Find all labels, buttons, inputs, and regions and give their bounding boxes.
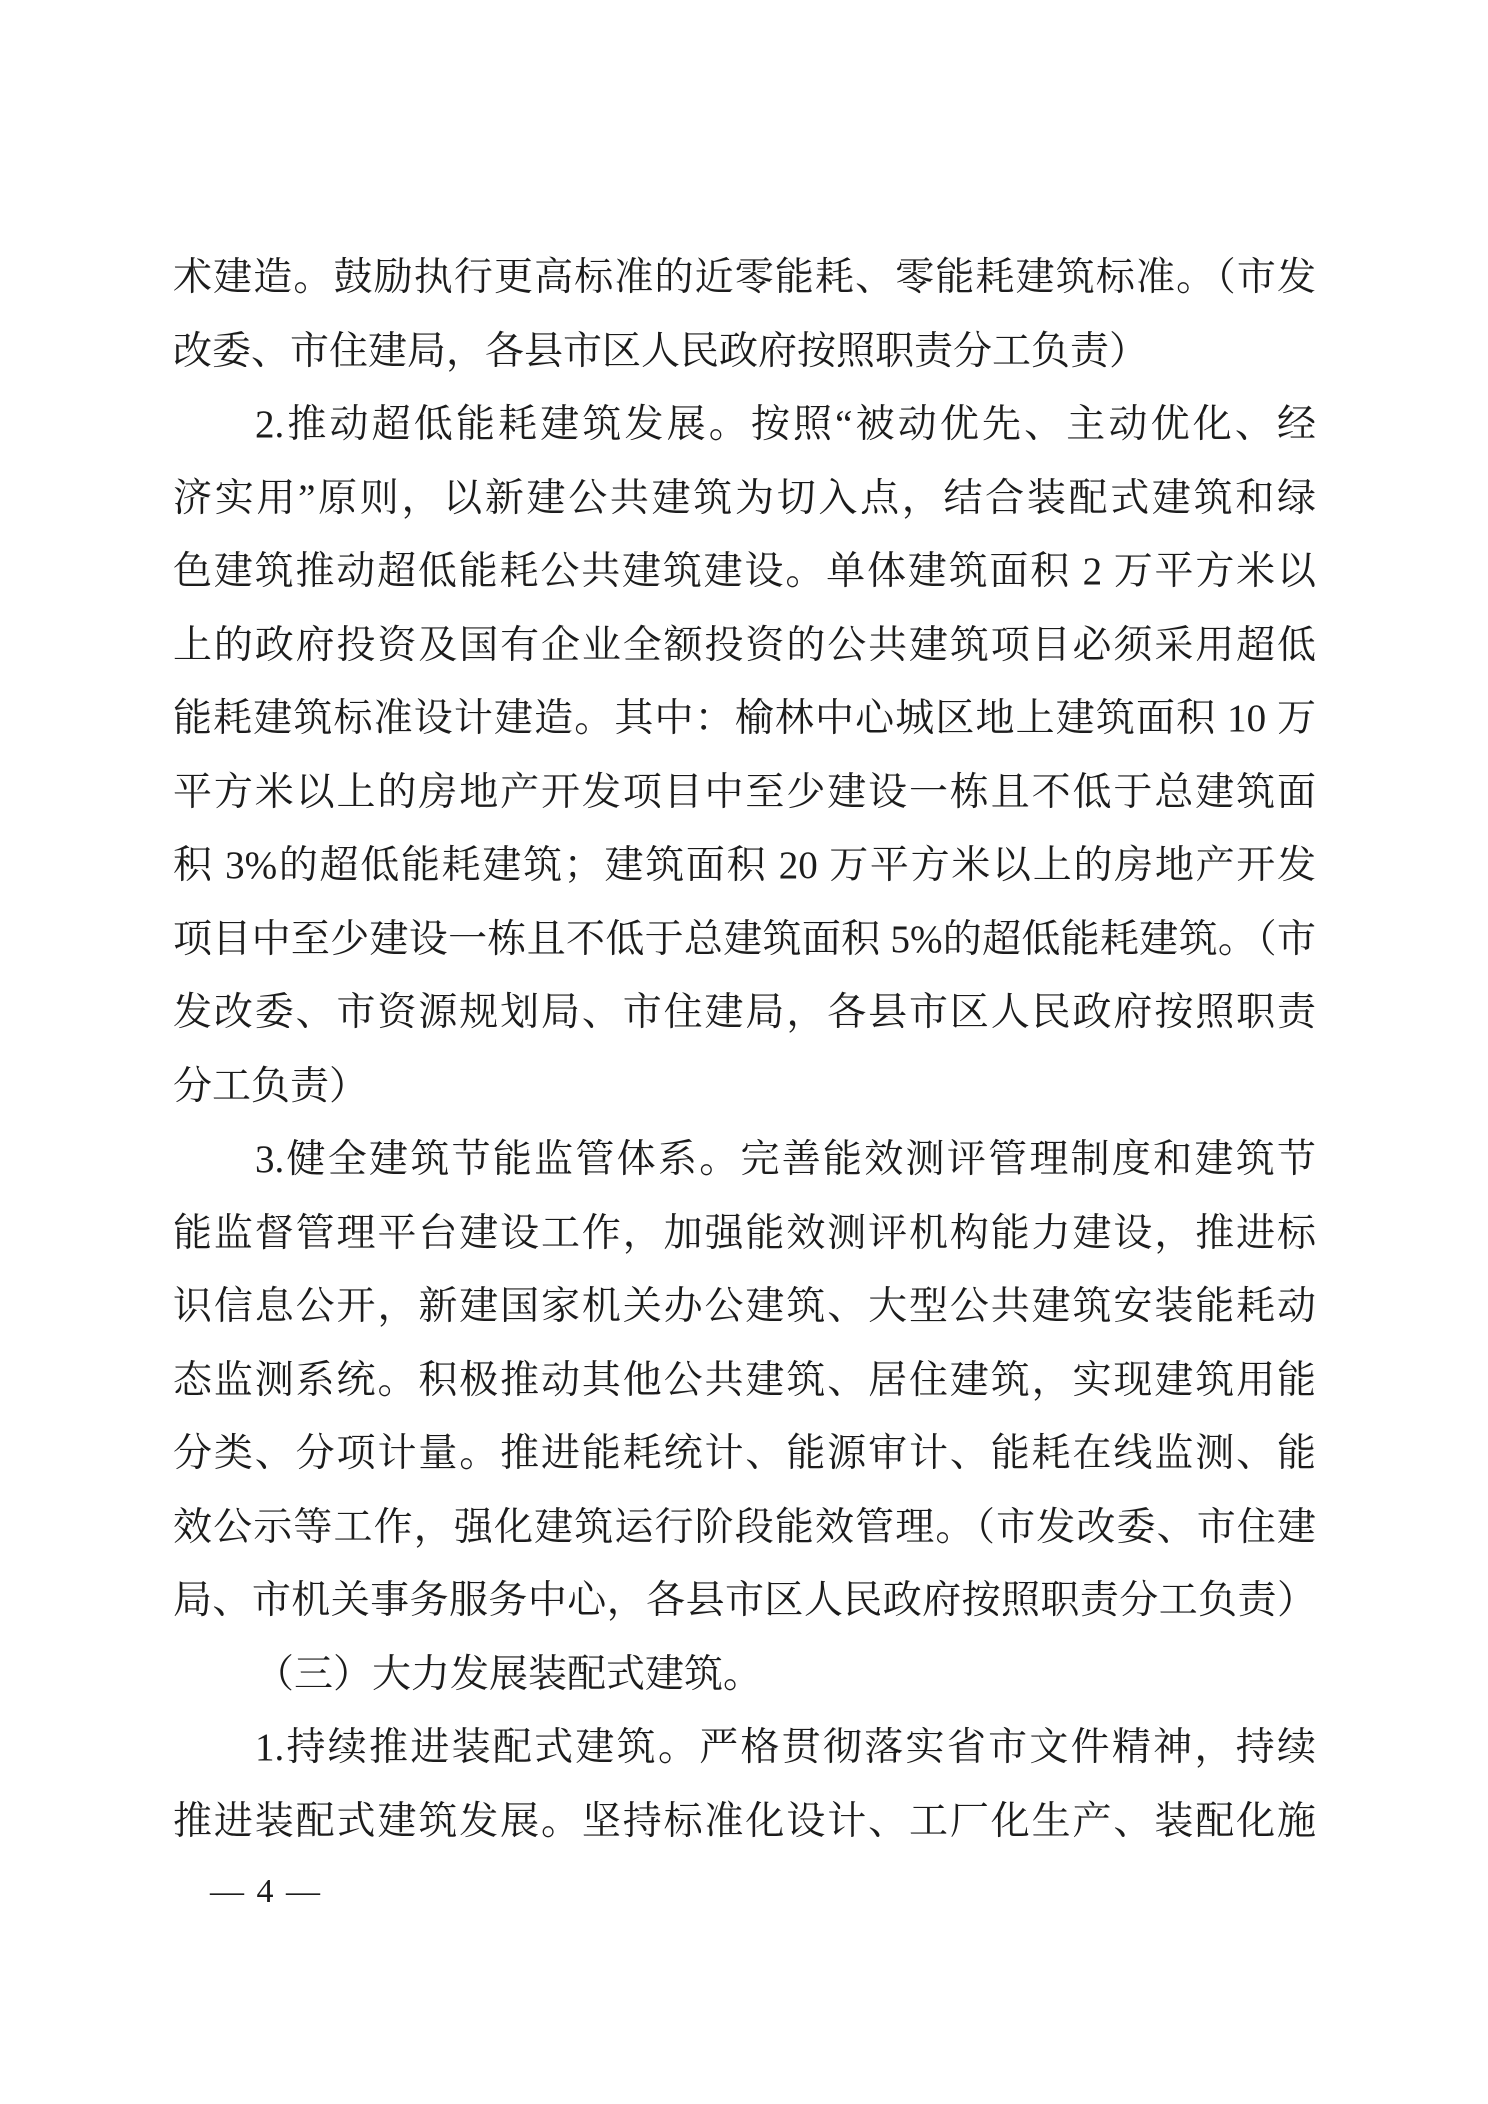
text-line: 2.推动超低能耗建筑发展。按照“被动优先、主动优化、经 (173, 388, 1316, 462)
text-line: 术建造。鼓励执行更高标准的近零能耗、零能耗建筑标准。（市发 (173, 241, 1316, 315)
text-line: 平方米以上的房地产开发项目中至少建设一栋且不低于总建筑面 (173, 756, 1316, 830)
text-line: 态监测系统。积极推动其他公共建筑、居住建筑，实现建筑用能 (173, 1344, 1316, 1418)
text-line: 1.持续推进装配式建筑。严格贯彻落实省市文件精神，持续 (173, 1711, 1316, 1785)
text-line: 效公示等工作，强化建筑运行阶段能效管理。（市发改委、市住建 (173, 1491, 1316, 1565)
text-line: 3.健全建筑节能监管体系。完善能效测评管理制度和建筑节 (173, 1123, 1316, 1197)
text-line: 项目中至少建设一栋且不低于总建筑面积 5%的超低能耗建筑。（市 (173, 903, 1316, 977)
document-body-text: 术建造。鼓励执行更高标准的近零能耗、零能耗建筑标准。（市发 改委、市住建局，各县… (173, 241, 1316, 1858)
text-line: 改委、市住建局，各县市区人民政府按照职责分工负责） (173, 315, 1316, 389)
text-line: 局、市机关事务服务中心，各县市区人民政府按照职责分工负责） (173, 1564, 1316, 1638)
section-heading-line: （三）大力发展装配式建筑。 (173, 1638, 1316, 1712)
text-line: 推进装配式建筑发展。坚持标准化设计、工厂化生产、装配化施 (173, 1785, 1316, 1859)
text-line: 能耗建筑标准设计建造。其中：榆林中心城区地上建筑面积 10 万 (173, 682, 1316, 756)
text-line: 色建筑推动超低能耗公共建筑建设。单体建筑面积 2 万平方米以 (173, 535, 1316, 609)
text-line: 分类、分项计量。推进能耗统计、能源审计、能耗在线监测、能 (173, 1417, 1316, 1491)
text-line: 发改委、市资源规划局、市住建局，各县市区人民政府按照职责 (173, 976, 1316, 1050)
text-line: 济实用”原则，以新建公共建筑为切入点，结合装配式建筑和绿 (173, 462, 1316, 536)
text-line: 分工负责） (173, 1050, 1316, 1124)
document-page: 术建造。鼓励执行更高标准的近零能耗、零能耗建筑标准。（市发 改委、市住建局，各县… (0, 0, 1488, 2104)
text-line: 上的政府投资及国有企业全额投资的公共建筑项目必须采用超低 (173, 609, 1316, 683)
text-line: 积 3%的超低能耗建筑；建筑面积 20 万平方米以上的房地产开发 (173, 829, 1316, 903)
text-line: 识信息公开，新建国家机关办公建筑、大型公共建筑安装能耗动 (173, 1270, 1316, 1344)
text-line: 能监督管理平台建设工作，加强能效测评机构能力建设，推进标 (173, 1197, 1316, 1271)
page-number: — 4 — (210, 1872, 322, 1912)
